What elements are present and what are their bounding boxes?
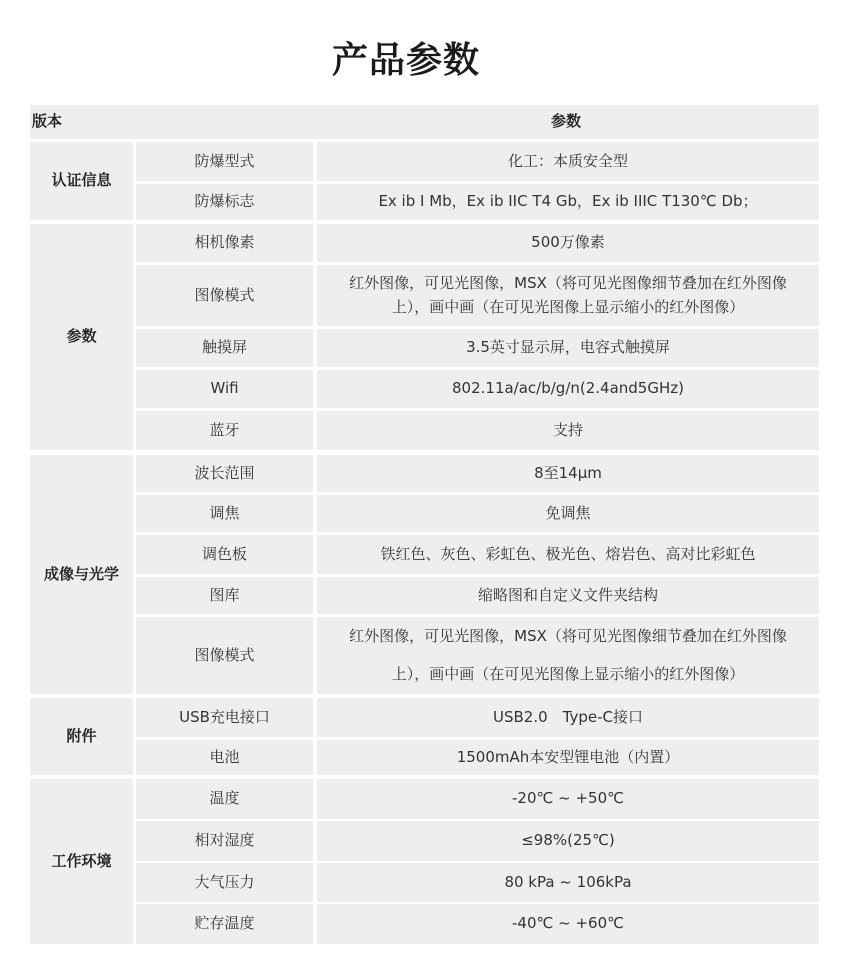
row-value: ≤98%(25℃) [317, 821, 819, 861]
row-value: 1500mAh本安型锂电池（内置） [317, 740, 819, 775]
row-name: 图库 [136, 577, 313, 614]
row-name: 波长范围 [136, 455, 313, 492]
row-value: -40℃ ~ +60℃ [317, 904, 819, 944]
row-value: Ex ib I Mb，Ex ib IIC T4 Gb，Ex ib IIIC T1… [317, 184, 819, 220]
row-name: 相对湿度 [136, 821, 313, 861]
group-label-environment: 工作环境 [30, 779, 133, 944]
row-name: USB充电接口 [136, 698, 313, 737]
row-name: 电池 [136, 740, 313, 775]
row-name: 调焦 [136, 495, 313, 532]
row-value: 免调焦 [317, 495, 819, 532]
row-value: USB2.0 Type-C接口 [317, 698, 819, 737]
row-value: 3.5英寸显示屏，电容式触摸屏 [317, 329, 819, 367]
row-value: 8至14μm [317, 455, 819, 492]
row-name: 防爆型式 [136, 142, 313, 181]
header-version: 版本 [30, 105, 313, 139]
row-name: 触摸屏 [136, 329, 313, 367]
row-value: 化工：本质安全型 [317, 142, 819, 181]
page-title: 产品参数 [0, 36, 812, 86]
group-label-imaging-optics: 成像与光学 [30, 455, 133, 694]
row-name: 贮存温度 [136, 904, 313, 944]
row-value: -20℃ ~ +50℃ [317, 779, 819, 819]
row-value: 802.11a/ac/b/g/n(2.4and5GHz) [317, 370, 819, 408]
row-value: 80 kPa ~ 106kPa [317, 863, 819, 902]
row-name: Wifi [136, 370, 313, 408]
header-params: 参数 [313, 105, 819, 139]
group-label-parameters: 参数 [30, 224, 133, 450]
row-name: 调色板 [136, 535, 313, 574]
row-name: 防爆标志 [136, 184, 313, 220]
row-name: 蓝牙 [136, 411, 313, 450]
row-name: 图像模式 [136, 617, 313, 694]
row-name: 大气压力 [136, 863, 313, 902]
row-name: 温度 [136, 779, 313, 819]
row-value: 红外图像，可见光图像，MSX（将可见光图像细节叠加在红外图像上），画中画（在可见… [317, 265, 819, 326]
group-label-certification: 认证信息 [30, 142, 133, 220]
row-name: 相机像素 [136, 224, 313, 262]
row-name: 图像模式 [136, 265, 313, 326]
row-value: 缩略图和自定义文件夹结构 [317, 577, 819, 614]
row-value: 支持 [317, 411, 819, 450]
row-value: 500万像素 [317, 224, 819, 262]
group-label-accessories: 附件 [30, 698, 133, 775]
row-value: 红外图像，可见光图像，MSX（将可见光图像细节叠加在红外图像上），画中画（在可见… [317, 617, 819, 694]
row-value: 铁红色、灰色、彩虹色、极光色、熔岩色、高对比彩虹色 [317, 535, 819, 574]
